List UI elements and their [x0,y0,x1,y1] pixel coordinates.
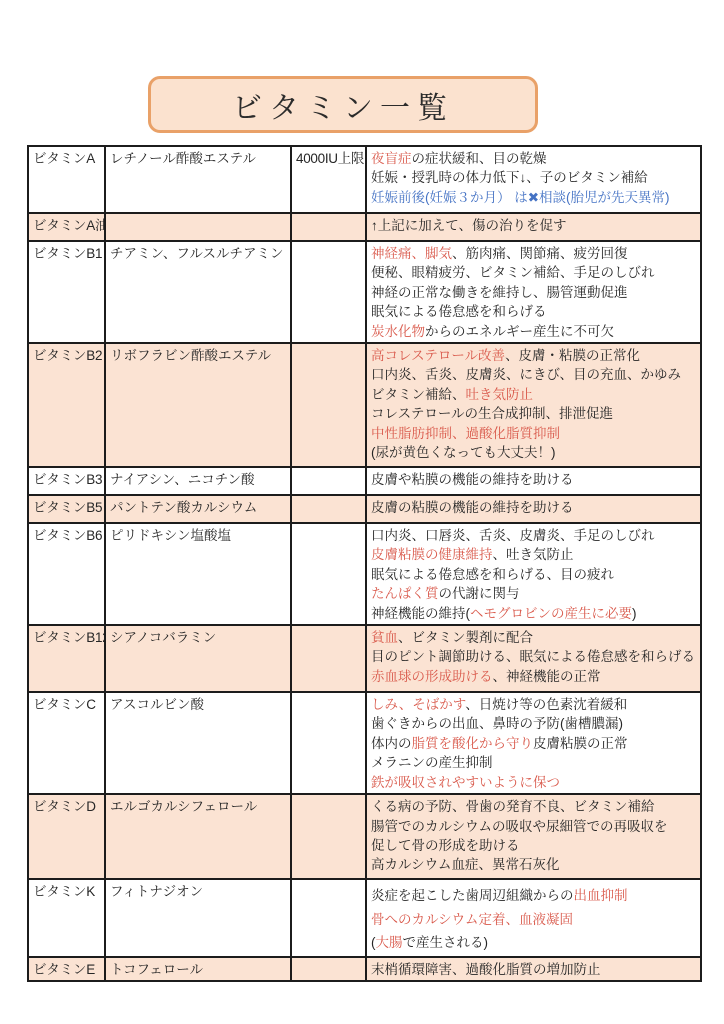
description-cell: 神経痛、脚気、筋肉痛、関節痛、疲労回復便秘、眼精疲労、ビタミン補給、手足のしびれ… [366,241,701,343]
plain-text: 神経機能の維持( [371,606,470,621]
plain-text: 末梢循環障害、過酸化脂質の増加防止 [371,962,601,977]
plain-text: ↑上記に加えて、傷の治りを促す [371,218,566,233]
description-line: 眠気による倦怠感を和らげる、目の疲れ [371,565,697,584]
limit-cell [291,879,366,957]
limit-cell [291,625,366,692]
plain-text: 目のピント調節助ける、眠気による倦怠感を和らげる [371,649,695,664]
table-row: ビタミンB5パントテン酸カルシウム皮膚の粘膜の機能の維持を助ける [28,495,701,523]
plain-text: くる病の予防、骨歯の発育不良、ビタミン補給 [371,799,655,814]
highlighted-text: 大腸 [376,935,403,950]
highlighted-text: 吐き気防止 [466,387,534,402]
highlighted-text: しみ、そばかす [371,697,465,712]
description-cell: 炎症を起こした歯周辺組織からの出血抑制骨へのカルシウム定着、血液凝固(大腸で産生… [366,879,701,957]
plain-text: 体内の [371,736,412,751]
table-row: ビタミンB1チアミン、フルスルチアミン神経痛、脚気、筋肉痛、関節痛、疲労回復便秘… [28,241,701,343]
description-line: 赤血球の形成助ける、神経機能の正常 [371,667,697,686]
description-line: 口内炎、口唇炎、舌炎、皮膚炎、手足のしびれ [371,526,697,545]
plain-text: 促して骨の形成を助ける [371,838,520,853]
description-cell: 貧血、ビタミン製剤に配合目のピント調節助ける、眠気による倦怠感を和らげる赤血球の… [366,625,701,692]
description-line: 炭水化物からのエネルギー産生に不可欠 [371,322,697,341]
description-line: 妊娠・授乳時の体力低下↓、子のビタミン補給 [371,168,697,187]
description-line: 高カルシウム血症、異常石灰化 [371,855,697,874]
limit-cell [291,495,366,523]
compound-cell: ナイアシン、ニコチン酸 [105,467,291,495]
vitamin-name-cell: ビタミンA [28,146,105,213]
plain-text: 便秘、眼精疲労、ビタミン補給、手足のしびれ [371,265,655,280]
plain-text: 口内炎、舌炎、皮膚炎、にきび、目の充血、かゆみ [371,367,681,382]
table-row: ビタミンA油↑上記に加えて、傷の治りを促す [28,213,701,241]
description-line: メラニンの産生抑制 [371,753,697,772]
plain-text: 、皮膚・粘膜の正常化 [505,348,640,363]
description-line: 皮膚や粘膜の機能の維持を助ける [371,470,697,489]
highlighted-text: 中性脂肪抑制、過酸化脂質抑制 [371,426,560,441]
plain-text: 歯ぐきからの出血、鼻時の予防(歯槽膿漏) [371,716,623,731]
description-line: くる病の予防、骨歯の発育不良、ビタミン補給 [371,797,697,816]
description-cell: くる病の予防、骨歯の発育不良、ビタミン補給腸管でのカルシウムの吸収や尿細管での再… [366,794,701,879]
description-line: ↑上記に加えて、傷の治りを促す [371,216,697,235]
highlighted-text: 脂質を酸化から守り [412,736,534,751]
table-row: ビタミンB6ピリドキシン塩酸塩口内炎、口唇炎、舌炎、皮膚炎、手足のしびれ皮膚粘膜… [28,523,701,625]
plain-text: 皮膚や粘膜の機能の維持を助ける [371,472,574,487]
plain-text: ) [632,606,637,621]
limit-cell [291,213,366,241]
description-line: (尿が黄色くなっても大丈夫！) [371,443,697,462]
highlighted-text: 出血抑制 [574,888,628,903]
table-row: ビタミンDエルゴカルシフェロールくる病の予防、骨歯の発育不良、ビタミン補給腸管で… [28,794,701,879]
compound-cell: アスコルビン酸 [105,692,291,794]
description-line: 末梢循環障害、過酸化脂質の増加防止 [371,960,697,979]
description-line: 体内の脂質を酸化から守り皮膚粘膜の正常 [371,734,697,753]
plain-text: 神経の正常な働きを維持し、腸管運動促進 [371,285,628,300]
description-cell: 末梢循環障害、過酸化脂質の増加防止 [366,957,701,981]
vitamin-table: ビタミンAレチノール酢酸エステル4000IU上限夜盲症の症状緩和、目の乾燥妊娠・… [27,145,702,982]
plain-text: 、神経機能の正常 [493,669,601,684]
vitamin-name-cell: ビタミンB5 [28,495,105,523]
plain-text: 眠気による倦怠感を和らげる [371,304,547,319]
description-line: ビタミン補給、吐き気防止 [371,385,697,404]
plain-text: 、筋肉痛、関節痛、疲労回復 [452,246,628,261]
vitamin-name-cell: ビタミンB2 [28,343,105,467]
limit-cell [291,467,366,495]
plain-text: からのエネルギー産生に不可欠 [425,324,614,339]
description-line: 神経の正常な働きを維持し、腸管運動促進 [371,283,697,302]
plain-text: メラニンの産生抑制 [371,755,493,770]
description-line: 神経痛、脚気、筋肉痛、関節痛、疲労回復 [371,244,697,263]
compound-cell: シアノコバラミン [105,625,291,692]
limit-cell [291,523,366,625]
plain-text: 高カルシウム血症、異常石灰化 [371,857,560,872]
limit-cell: 4000IU上限 [291,146,366,213]
table-row: ビタミンCアスコルビン酸しみ、そばかす、日焼け等の色素沈着緩和歯ぐきからの出血、… [28,692,701,794]
description-cell: 夜盲症の症状緩和、目の乾燥妊娠・授乳時の体力低下↓、子のビタミン補給妊娠前後(妊… [366,146,701,213]
description-line: 便秘、眼精疲労、ビタミン補給、手足のしびれ [371,263,697,282]
description-line: 腸管でのカルシウムの吸収や尿細管での再吸収を [371,817,697,836]
description-line: (大腸で産生される) [371,931,697,955]
description-line: コレステロールの生合成抑制、排泄促進 [371,404,697,423]
plain-text: 、ビタミン製剤に配合 [398,630,533,645]
plain-text: 口内炎、口唇炎、舌炎、皮膚炎、手足のしびれ [371,528,655,543]
plain-text: で産生される) [403,935,489,950]
description-line: 炎症を起こした歯周辺組織からの出血抑制 [371,884,697,908]
highlighted-text: 高コレステロール改善 [371,348,505,363]
description-line: 妊娠前後(妊娠３か月） は✖相談(胎児が先天異常) [371,188,697,207]
description-line: 鉄が吸収されやすいように保つ [371,773,697,792]
compound-cell: リボフラビン酢酸エステル [105,343,291,467]
highlighted-text: 炭水化物 [371,324,425,339]
description-line: 貧血、ビタミン製剤に配合 [371,628,697,647]
description-line: 高コレステロール改善、皮膚・粘膜の正常化 [371,346,697,365]
description-line: 夜盲症の症状緩和、目の乾燥 [371,149,697,168]
plain-text: 眠気による倦怠感を和らげる、目の疲れ [371,567,614,582]
description-cell: 高コレステロール改善、皮膚・粘膜の正常化口内炎、舌炎、皮膚炎、にきび、目の充血、… [366,343,701,467]
compound-cell: パントテン酸カルシウム [105,495,291,523]
highlighted-text: 赤血球の形成助ける [371,669,493,684]
description-cell: 皮膚や粘膜の機能の維持を助ける [366,467,701,495]
table-row: ビタミンKフィトナジオン炎症を起こした歯周辺組織からの出血抑制骨へのカルシウム定… [28,879,701,957]
table-row: ビタミンB3ナイアシン、ニコチン酸皮膚や粘膜の機能の維持を助ける [28,467,701,495]
description-cell: 皮膚の粘膜の機能の維持を助ける [366,495,701,523]
plain-text: 皮膚粘膜の正常 [533,736,628,751]
description-line: 口内炎、舌炎、皮膚炎、にきび、目の充血、かゆみ [371,365,697,384]
description-line: 促して骨の形成を助ける [371,836,697,855]
description-line: しみ、そばかす、日焼け等の色素沈着緩和 [371,695,697,714]
highlighted-text: ヘモグロビンの産生に必要 [470,606,632,621]
vitamin-name-cell: ビタミンB6 [28,523,105,625]
description-line: 神経機能の維持(ヘモグロビンの産生に必要) [371,604,697,623]
vitamin-name-cell: ビタミンA油 [28,213,105,241]
description-line: 眠気による倦怠感を和らげる [371,302,697,321]
description-cell: 口内炎、口唇炎、舌炎、皮膚炎、手足のしびれ皮膚粘膜の健康維持、吐き気防止眠気によ… [366,523,701,625]
plain-text: (尿が黄色くなっても大丈夫！) [371,445,556,460]
description-line: 中性脂肪抑制、過酸化脂質抑制 [371,424,697,443]
page-title: ビタミン一覧 [148,76,538,133]
plain-text: ビタミン補給、 [371,387,466,402]
compound-cell: レチノール酢酸エステル [105,146,291,213]
highlighted-text: 鉄が吸収されやすいように保つ [371,775,560,790]
vitamin-name-cell: ビタミンB1 [28,241,105,343]
limit-cell [291,692,366,794]
compound-cell: ピリドキシン塩酸塩 [105,523,291,625]
table-body: ビタミンAレチノール酢酸エステル4000IU上限夜盲症の症状緩和、目の乾燥妊娠・… [28,146,701,981]
plain-text: の代謝に関与 [439,586,520,601]
plain-text: 皮膚の粘膜の機能の維持を助ける [371,500,574,515]
highlighted-text: 夜盲症 [371,151,412,166]
limit-cell [291,957,366,981]
description-line: たんぱく質の代謝に関与 [371,584,697,603]
compound-cell: エルゴカルシフェロール [105,794,291,879]
compound-cell: トコフェロール [105,957,291,981]
table-row: ビタミンAレチノール酢酸エステル4000IU上限夜盲症の症状緩和、目の乾燥妊娠・… [28,146,701,213]
limit-cell [291,794,366,879]
description-line: 骨へのカルシウム定着、血液凝固 [371,908,697,932]
plain-text: 、日焼け等の色素沈着緩和 [465,697,627,712]
highlighted-text: 骨へのカルシウム定着、血液凝固 [371,912,573,927]
description-line: 皮膚粘膜の健康維持、吐き気防止 [371,545,697,564]
highlighted-text: 妊娠前後(妊娠３か月） は✖相談(胎児が先天異常) [371,190,670,205]
description-line: 歯ぐきからの出血、鼻時の予防(歯槽膿漏) [371,714,697,733]
highlighted-text: 貧血 [371,630,398,645]
plain-text: 、吐き気防止 [493,547,574,562]
highlighted-text: 神経痛、脚気 [371,246,452,261]
plain-text: コレステロールの生合成抑制、排泄促進 [371,406,613,421]
plain-text: の症状緩和、目の乾燥 [412,151,547,166]
highlighted-text: たんぱく質 [371,586,439,601]
compound-cell: フィトナジオン [105,879,291,957]
compound-cell: チアミン、フルスルチアミン [105,241,291,343]
plain-text: 炎症を起こした歯周辺組織からの [371,888,574,903]
page-title-text: ビタミン一覧 [232,83,454,127]
vitamin-name-cell: ビタミンD [28,794,105,879]
vitamin-name-cell: ビタミンB3 [28,467,105,495]
vitamin-name-cell: ビタミンB12 [28,625,105,692]
plain-text: 腸管でのカルシウムの吸収や尿細管での再吸収を [371,819,668,834]
limit-cell [291,241,366,343]
description-line: 目のピント調節助ける、眠気による倦怠感を和らげる [371,647,697,666]
description-line: 皮膚の粘膜の機能の維持を助ける [371,498,697,517]
vitamin-name-cell: ビタミンK [28,879,105,957]
description-cell: しみ、そばかす、日焼け等の色素沈着緩和歯ぐきからの出血、鼻時の予防(歯槽膿漏)体… [366,692,701,794]
description-cell: ↑上記に加えて、傷の治りを促す [366,213,701,241]
table-row: ビタミンEトコフェロール末梢循環障害、過酸化脂質の増加防止 [28,957,701,981]
table-row: ビタミンB2リボフラビン酢酸エステル高コレステロール改善、皮膚・粘膜の正常化口内… [28,343,701,467]
highlighted-text: 皮膚粘膜の健康維持 [371,547,493,562]
vitamin-name-cell: ビタミンC [28,692,105,794]
limit-cell [291,343,366,467]
vitamin-name-cell: ビタミンE [28,957,105,981]
table-row: ビタミンB12シアノコバラミン貧血、ビタミン製剤に配合目のピント調節助ける、眠気… [28,625,701,692]
plain-text: 妊娠・授乳時の体力低下↓、子のビタミン補給 [371,170,648,185]
compound-cell [105,213,291,241]
